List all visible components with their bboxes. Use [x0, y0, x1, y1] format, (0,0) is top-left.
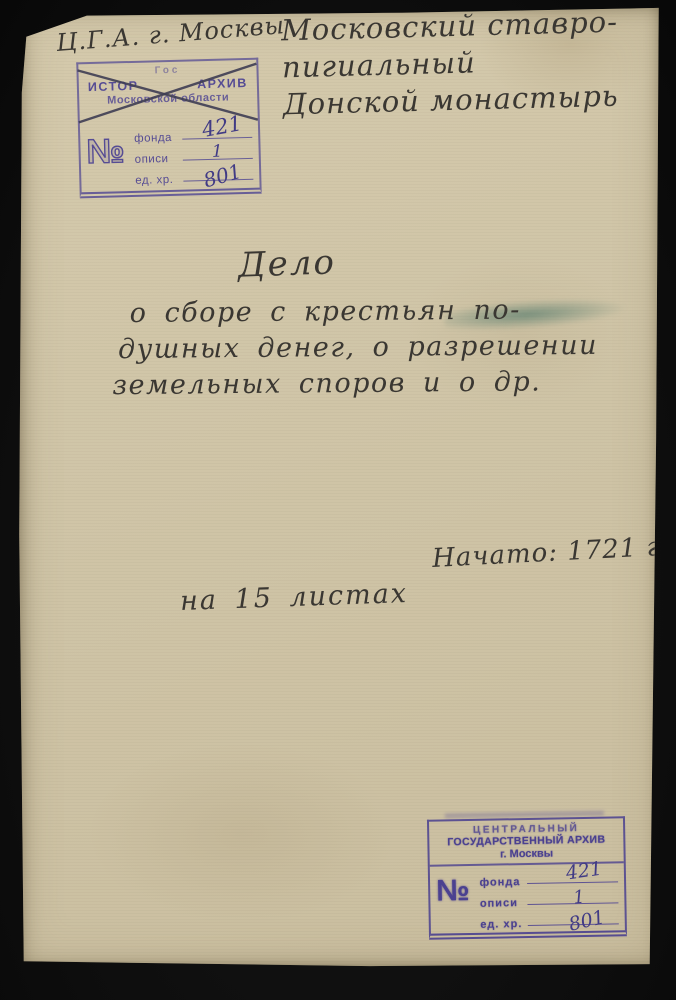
field-value-handwritten: 801 [201, 161, 243, 190]
stamp-field-fond: фонда 421 [479, 865, 618, 888]
case-heading-handwritten: Дело [237, 242, 336, 285]
old-stamp-fields: фонда 421 описи 1 ед. хр. 801 [134, 121, 254, 187]
sheet-count-handwritten: на 15 листах [180, 578, 409, 617]
fond-name-handwritten: Московский ставро- пигиальный Донской мо… [281, 4, 621, 124]
case-title-line: душных денег, о разрешении [118, 328, 598, 368]
old-archive-stamp: Гос ИСТОР АРХИВ Московской области № фон… [76, 58, 261, 199]
stamp-field-edhr: ед. хр. 801 [135, 163, 254, 187]
new-archive-stamp: ЦЕНТРАЛЬНЫЙ ГОСУДАРСТВЕННЫЙ АРХИВ г. Мос… [427, 816, 627, 939]
field-value-handwritten: 421 [564, 860, 603, 884]
field-label: ед. хр. [135, 174, 183, 187]
archive-abbreviation-handwritten: Ц.Г.А. г. Москвы [55, 11, 286, 57]
field-value-handwritten: 801 [567, 908, 607, 935]
old-stamp-body: № фонда 421 описи 1 ед. хр. [80, 117, 260, 189]
field-label: фонда [479, 876, 527, 889]
field-value-handwritten: 1 [572, 889, 585, 908]
case-title-handwritten: о сборе с крестьян по- душных денег, о р… [112, 292, 599, 404]
case-title-line: о сборе с крестьян по- [130, 292, 598, 332]
number-sign: № [436, 876, 470, 932]
field-label: ед. хр. [480, 918, 528, 931]
case-title-line: земельных споров и о др. [112, 364, 598, 404]
field-label: описи [480, 897, 528, 910]
new-stamp-body: № фонда 421 описи 1 ед. хр. [430, 863, 625, 931]
start-date-handwritten: Начато: 1721 г [431, 532, 661, 574]
stamp-field-edhr: ед. хр. 801 [480, 907, 619, 930]
new-stamp-fields: фонда 421 описи 1 ед. хр. 801 [479, 865, 619, 930]
fond-name-line: Донской монастырь [283, 78, 621, 124]
stamp-double-strike-smear [444, 811, 603, 819]
number-sign: № [86, 134, 125, 188]
photo-background: Ц.Г.А. г. Москвы Московский ставро- пиги… [0, 0, 676, 1000]
field-value-handwritten: 1 [212, 144, 223, 161]
archival-file-cover: Ц.Г.А. г. Москвы Московский ставро- пиги… [16, 6, 660, 968]
